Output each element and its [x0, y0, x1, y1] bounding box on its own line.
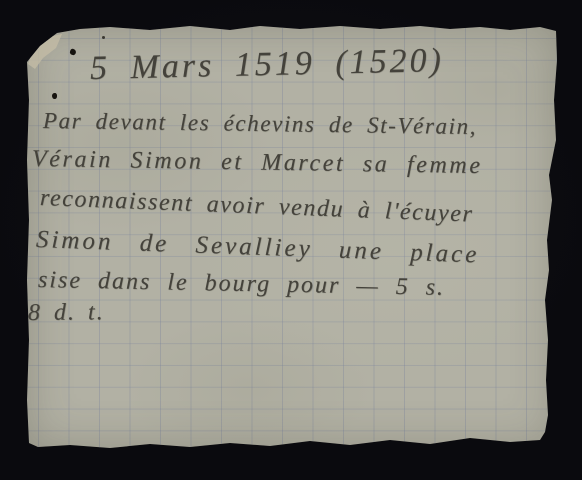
corner-damage — [26, 28, 70, 72]
paper-note: 5 Mars 1519 (1520) Par devant les échevi… — [26, 24, 558, 449]
handwritten-line-2: Vérain Simon et Marcet sa femme — [32, 146, 483, 180]
photo-background: 5 Mars 1519 (1520) Par devant les échevi… — [0, 0, 582, 480]
paper-hole — [69, 48, 77, 56]
handwritten-line-3: reconnaissent avoir vendu à l'écuyer — [39, 185, 473, 229]
paper-hole — [52, 93, 57, 99]
paper-hole — [102, 36, 105, 39]
handwritten-line-5: sise dans le bourg pour — 5 s. — [38, 267, 446, 302]
handwritten-line-6: 8 d. t. — [28, 299, 105, 327]
handwritten-line-4: Simon de Sevalliey une place — [36, 226, 480, 269]
handwritten-line-date: 5 Mars 1519 (1520) — [90, 42, 445, 88]
handwritten-line-1: Par devant les échevins de St-Vérain, — [43, 108, 477, 140]
